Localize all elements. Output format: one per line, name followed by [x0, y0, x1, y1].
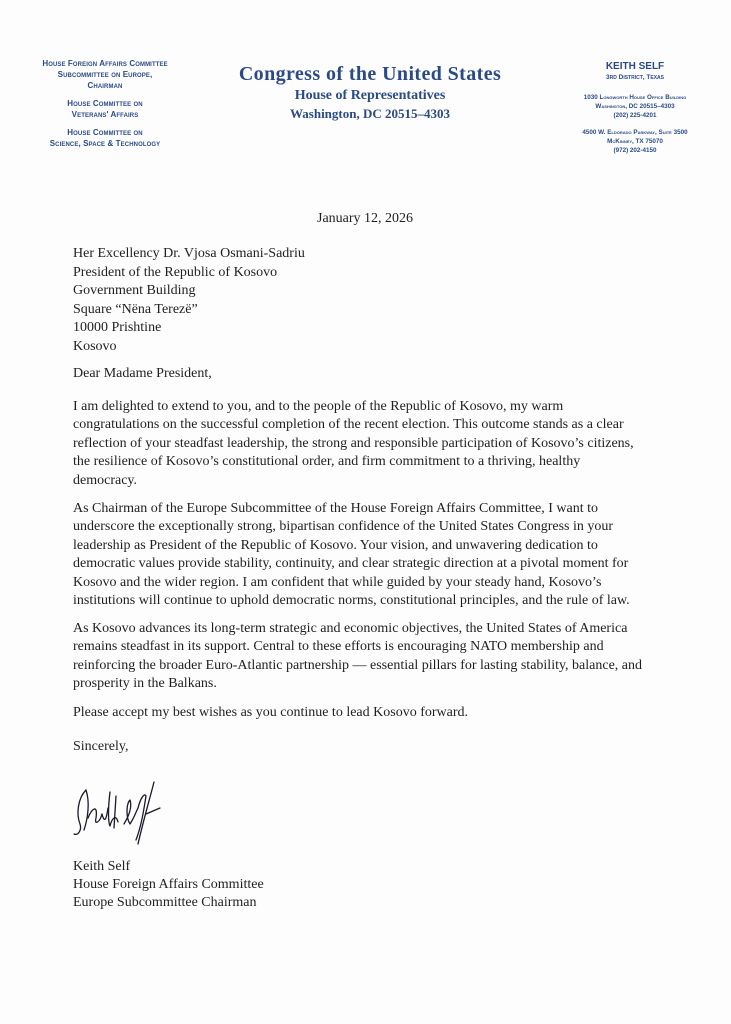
- office-phone: (972) 202-4150: [545, 146, 725, 155]
- text-line: underscore the exceptionally strong, bip…: [73, 518, 673, 536]
- address-line: Square “Nëna Terezë”: [73, 301, 305, 320]
- office-line: 4500 W. Eldorado Parkway, Suite 3500: [545, 128, 725, 137]
- address-line: Kosovo: [73, 338, 305, 357]
- signature-block: Keith Self House Foreign Affairs Committ…: [73, 858, 264, 912]
- text-line: As Chairman of the Europe Subcommittee o…: [73, 500, 673, 518]
- letterhead-title: Congress of the United States: [205, 62, 535, 86]
- committee-line: Subcommittee on Europe,: [10, 69, 200, 80]
- text-line: I am delighted to extend to you, and to …: [73, 398, 673, 416]
- body-paragraph: I am delighted to extend to you, and to …: [73, 398, 673, 490]
- text-line: prosperity in the Balkans.: [73, 675, 673, 693]
- committee-line: Chairman: [10, 80, 200, 91]
- closing: Sincerely,: [73, 738, 128, 756]
- committee-foreign-affairs: House Foreign Affairs Committee Subcommi…: [10, 58, 200, 91]
- letterhead-subtitle: House of Representatives: [205, 86, 535, 105]
- office-line: Washington, DC 20515–4303: [545, 102, 725, 111]
- text-line: leadership as President of the Republic …: [73, 537, 673, 555]
- text-line: congratulations on the successful comple…: [73, 416, 673, 434]
- text-line: Kosovo and the wider region. I am confid…: [73, 574, 673, 592]
- text-line: democratic values provide stability, con…: [73, 555, 673, 573]
- signer-title: Europe Subcommittee Chairman: [73, 894, 264, 912]
- address-line: Government Building: [73, 282, 305, 301]
- recipient-address: Her Excellency Dr. Vjosa Osmani-Sadriu P…: [73, 245, 305, 357]
- letterhead-member: KEITH SELF 3rd District, Texas 1030 Long…: [545, 60, 725, 163]
- committee-science: House Committee on Science, Space & Tech…: [10, 127, 200, 149]
- signer-name: Keith Self: [73, 858, 264, 876]
- body-paragraph: Please accept my best wishes as you cont…: [73, 704, 673, 722]
- text-line: As Kosovo advances its long-term strateg…: [73, 620, 673, 638]
- text-line: remains steadfast in its support. Centra…: [73, 638, 673, 656]
- text-line: institutions will continue to uphold dem…: [73, 592, 673, 610]
- committee-line: Science, Space & Technology: [10, 138, 200, 149]
- address-line: Her Excellency Dr. Vjosa Osmani-Sadriu: [73, 245, 305, 264]
- office-line: 1030 Longworth House Office Building: [545, 93, 725, 102]
- body-paragraph: As Chairman of the Europe Subcommittee o…: [73, 500, 673, 610]
- office-dc: 1030 Longworth House Office Building Was…: [545, 93, 725, 120]
- salutation: Dear Madame President,: [73, 365, 212, 383]
- text-line: democracy.: [73, 472, 673, 490]
- office-line: McKinney, TX 75070: [545, 137, 725, 146]
- member-district: 3rd District, Texas: [545, 73, 725, 83]
- committee-line: Veterans' Affairs: [10, 109, 200, 120]
- body-paragraph: As Kosovo advances its long-term strateg…: [73, 620, 673, 694]
- committee-veterans-affairs: House Committee on Veterans' Affairs: [10, 98, 200, 120]
- text-line: reflection of your steadfast leadership,…: [73, 435, 673, 453]
- signer-title: House Foreign Affairs Committee: [73, 876, 264, 894]
- committee-line: House Committee on: [10, 98, 200, 109]
- letterhead-city: Washington, DC 20515–4303: [205, 105, 535, 123]
- address-line: 10000 Prishtine: [73, 319, 305, 338]
- office-phone: (202) 225-4201: [545, 111, 725, 120]
- text-line: the resilience of Kosovo’s constitutiona…: [73, 453, 673, 471]
- committee-line: House Committee on: [10, 127, 200, 138]
- member-name: KEITH SELF: [545, 60, 725, 73]
- letter-date: January 12, 2026: [317, 210, 413, 228]
- letterhead-center: Congress of the United States House of R…: [205, 62, 535, 123]
- text-line: Please accept my best wishes as you cont…: [73, 704, 673, 722]
- letterhead-committees: House Foreign Affairs Committee Subcommi…: [10, 58, 200, 156]
- committee-line: House Foreign Affairs Committee: [10, 58, 200, 69]
- office-district: 4500 W. Eldorado Parkway, Suite 3500 McK…: [545, 128, 725, 155]
- text-line: reinforcing the broader Euro-Atlantic pa…: [73, 657, 673, 675]
- address-line: President of the Republic of Kosovo: [73, 264, 305, 283]
- handwritten-signature-icon: [72, 778, 182, 848]
